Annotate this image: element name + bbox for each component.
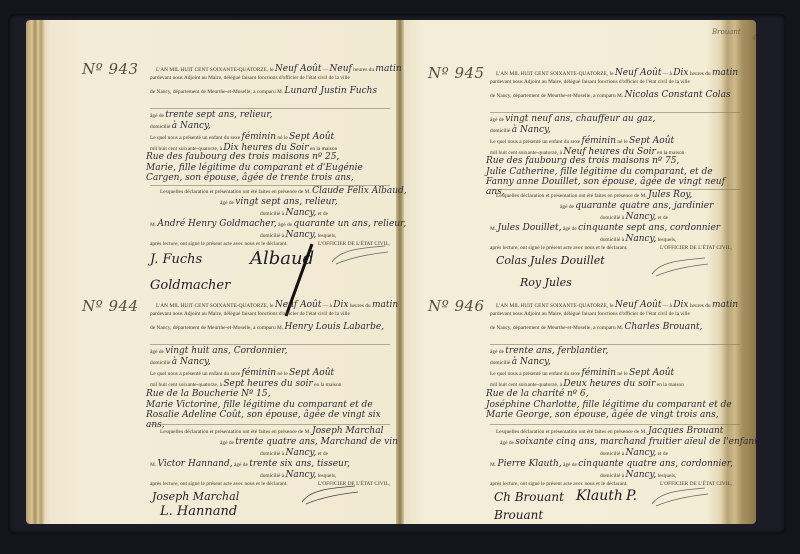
- printed-line: domicilié: [490, 360, 510, 366]
- printed-line: M.: [490, 226, 496, 232]
- signature: Roy Jules: [520, 276, 572, 289]
- printed-line: domicilié: [490, 128, 510, 134]
- declarant-domicile: à Nancy,: [512, 125, 551, 135]
- witness-2: Pierre Klauth,: [498, 459, 562, 469]
- printed-line: âgé de: [560, 204, 574, 210]
- ruled-line: [150, 108, 390, 109]
- printed-line: après lecture, ont signé le présent acte…: [150, 241, 288, 247]
- printed-line: Le quel nous a présenté un enfant du sex…: [490, 371, 580, 377]
- printed-line: domicilié à: [600, 237, 624, 243]
- entry-number: Nº 943: [82, 60, 139, 78]
- declarant-age: trente ans, ferblantier,: [505, 346, 608, 356]
- printed-line: lesquels,: [318, 473, 337, 479]
- witness-2-age: cinquante quatre ans, cordonnier,: [578, 459, 733, 469]
- witness-2-age: cinquante sept ans, cordonnier: [578, 223, 720, 233]
- printed-line: âgé de: [220, 440, 234, 446]
- declarant-age: vingt neuf ans, chauffeur au gaz,: [505, 114, 655, 124]
- address: Rue de la charité nº 6,: [486, 389, 588, 400]
- child-details: Marie Victorine, fille légitime du compa…: [146, 400, 386, 422]
- printed-line: âgé de: [500, 440, 514, 446]
- witness-2: André Henry Goldmacher,: [158, 219, 277, 229]
- printed-line: de Nancy, département de Meurthe-et-Mose…: [490, 93, 623, 99]
- printed-line: domicilié à: [260, 473, 284, 479]
- printed-line: après lecture, ont signé le présent acte…: [490, 245, 628, 251]
- printed-line: M.: [150, 462, 156, 468]
- printed-line: de Nancy, département de Meurthe-et-Mose…: [490, 325, 623, 331]
- printed-line: lesquels,: [658, 473, 677, 479]
- witness-1-age: trente quatre ans, Marchand de vin: [235, 437, 398, 447]
- sex: féminin: [581, 368, 616, 378]
- date-value: Neuf Août: [615, 68, 662, 78]
- birth-hour: Sept heures du soir: [223, 379, 312, 389]
- printed-line: heures du: [690, 303, 711, 309]
- printed-line: âgé de: [490, 117, 504, 123]
- printed-line: en la maison: [314, 382, 341, 388]
- printed-line: âgé de: [563, 462, 577, 468]
- printed-line: Lesquelles déclaration et présentation o…: [160, 189, 311, 195]
- hour-value: Dix: [333, 300, 348, 310]
- date-value: Neuf Août: [275, 64, 322, 74]
- officer-signature-icon: [650, 486, 710, 508]
- printed-line: domicilié à: [600, 473, 624, 479]
- witness-2: Victor Hannand,: [158, 459, 233, 469]
- sex: féminin: [241, 368, 276, 378]
- birth-hour: Deux heures du soir: [563, 379, 655, 389]
- witness-2-domicile: Nancy,: [625, 470, 656, 480]
- sex: féminin: [581, 136, 616, 146]
- witness-2: Jules Douillet,: [498, 223, 562, 233]
- book-gutter: [396, 20, 404, 524]
- signature: Ch Brouant: [494, 490, 564, 504]
- declarant-age: trente sept ans, relieur,: [165, 110, 272, 120]
- hour-value: Neuf: [330, 64, 352, 74]
- printed-line: heures du: [690, 71, 711, 77]
- birth-date: Sept Août: [629, 368, 674, 378]
- sex: féminin: [241, 132, 276, 142]
- witness-2-domicile: Nancy,: [625, 234, 656, 244]
- time-of-day: matin: [372, 300, 398, 310]
- printed-line: L'AN MIL HUIT CENT SOIXANTE-QUATORZE, le: [156, 67, 274, 73]
- witness-1-age: quarante quatre ans, jardinier: [575, 201, 713, 211]
- printed-line: mil huit cent soixante-quatorze, à: [150, 382, 222, 388]
- witness-2-age: trente six ans, tisseur,: [249, 459, 350, 469]
- printed-line: né le: [277, 371, 287, 377]
- printed-line: né le: [617, 139, 627, 145]
- entry-number: Nº 946: [428, 297, 485, 315]
- address: Rue des faubourg des trois maisons nº 75…: [486, 156, 679, 167]
- printed-line: Le quel nous a présenté un enfant du sex…: [490, 139, 580, 145]
- witness-1-age: vingt sept ans, relieur,: [235, 197, 337, 207]
- signature: Brouant: [494, 508, 543, 522]
- ruled-line: [490, 189, 740, 190]
- printed-line: Lesquelles déclaration et présentation o…: [160, 429, 311, 435]
- declarant-domicile: à Nancy,: [172, 121, 211, 131]
- date-value: Neuf Août: [615, 300, 662, 310]
- child-details: Marie, fille légitime du comparant et d'…: [146, 163, 386, 185]
- witness-1: Jules Roy,: [648, 190, 692, 200]
- printed-line: après lecture, ont signé le présent acte…: [490, 481, 628, 487]
- signature: L. Hannand: [160, 504, 237, 519]
- hour-value: Dix: [673, 300, 688, 310]
- printed-line: lesquels,: [658, 237, 677, 243]
- ruled-line: [150, 185, 390, 186]
- printed-line: M.: [490, 462, 496, 468]
- declarant-name: Henry Louis Labarbe,: [285, 322, 385, 332]
- signature: Colas: [496, 254, 527, 267]
- witness-1-domicile: Nancy,: [285, 448, 316, 458]
- declarant-name: Nicolas Constant Colas: [625, 90, 731, 100]
- ruled-line: [490, 424, 740, 425]
- officer-signature-icon: [650, 256, 710, 278]
- printed-line: âgé de: [234, 462, 248, 468]
- printed-line: Le quel nous a présenté un enfant du sex…: [150, 135, 240, 141]
- officer-signature-icon: [300, 484, 360, 506]
- printed-line: domicilié à: [600, 451, 624, 457]
- printed-line: L'AN MIL HUIT CENT SOIXANTE-QUATORZE, le: [156, 303, 274, 309]
- signature: Joseph Marchal: [152, 490, 239, 503]
- officer-label: L'OFFICIER DE L'ÉTAT CIVIL,: [660, 245, 732, 256]
- address: Rue des faubourg des trois maisons nº 25…: [146, 152, 339, 163]
- printed-line: en la maison: [657, 382, 684, 388]
- signature: Jules Douillet: [530, 254, 605, 267]
- entry-number: Nº 944: [82, 297, 139, 315]
- time-of-day: matin: [712, 68, 738, 78]
- printed-line: domicilié à: [600, 215, 624, 221]
- printed-line: âgé de: [150, 113, 164, 119]
- printed-line: et de: [658, 451, 668, 457]
- printed-line: domicilié: [150, 124, 170, 130]
- witness-1-age: soixante cinq ans, marchand fruitier aïe…: [515, 437, 760, 447]
- printed-line: pardevant nous Adjoint au Maire, délégué…: [490, 79, 690, 90]
- corner-annotation: Brouant: [712, 28, 741, 36]
- declarant-domicile: à Nancy,: [172, 357, 211, 367]
- signature: Klauth: [576, 488, 623, 504]
- address: Rue de la Boucherie Nº 15,: [146, 389, 270, 400]
- child-details: Julie Catherine, fille légitime du compa…: [486, 167, 736, 189]
- birth-date: Sept Août: [629, 136, 674, 146]
- time-of-day: matin: [712, 300, 738, 310]
- declarant-domicile: à Nancy,: [512, 357, 551, 367]
- printed-line: L'AN MIL HUIT CENT SOIXANTE-QUATORZE, le: [496, 303, 614, 309]
- date-value: Neuf Août: [275, 300, 322, 310]
- signature: Goldmacher: [150, 278, 230, 293]
- witness-1: Jacques Brouant: [648, 426, 723, 436]
- printed-line: Lesquelles déclaration et présentation o…: [496, 193, 647, 199]
- printed-line: domicilié à: [260, 211, 284, 217]
- ruled-line: [150, 424, 390, 425]
- entry-number: Nº 945: [428, 64, 485, 82]
- printed-line: né le: [617, 371, 627, 377]
- witness-1: Joseph Marchal: [312, 426, 383, 436]
- printed-line: pardevant nous Adjoint au Maire, délégué…: [490, 311, 690, 322]
- printed-line: âgé de: [278, 222, 292, 228]
- printed-line: né le: [277, 135, 287, 141]
- child-details: Joséphine Charlotte, fille légitime du c…: [486, 400, 736, 422]
- witness-2-domicile: Nancy,: [285, 230, 316, 240]
- printed-line: heures du: [350, 303, 371, 309]
- printed-line: lesquels,: [318, 233, 337, 239]
- printed-line: de Nancy, département de Meurthe-et-Mose…: [150, 325, 283, 331]
- printed-line: Le quel nous a présenté un enfant du sex…: [150, 371, 240, 377]
- printed-line: âgé de: [220, 200, 234, 206]
- printed-line: pardevant nous Adjoint au Maire, délégué…: [150, 311, 350, 322]
- page-mark: 4: [752, 34, 756, 42]
- signature: J. Fuchs: [150, 252, 202, 267]
- printed-line: mil huit cent soixante-quatorze, à: [490, 382, 562, 388]
- printed-line: domicilié: [150, 360, 170, 366]
- printed-line: Lesquelles déclaration et présentation o…: [496, 429, 647, 435]
- witness-1-domicile: Nancy,: [625, 448, 656, 458]
- printed-line: après lecture, ont signé le présent acte…: [150, 481, 288, 487]
- ruled-line: [490, 344, 740, 345]
- declarant-age: vingt huit ans, Cordonnier,: [165, 346, 287, 356]
- witness-2-domicile: Nancy,: [285, 470, 316, 480]
- printed-line: M.: [150, 222, 156, 228]
- printed-line: et de: [318, 451, 328, 457]
- printed-line: et de: [318, 211, 328, 217]
- printed-line: pardevant nous Adjoint au Maire, délégué…: [150, 75, 350, 86]
- printed-line: domicilié à: [260, 451, 284, 457]
- printed-line: heures du: [353, 67, 374, 73]
- printed-line: L'AN MIL HUIT CENT SOIXANTE-QUATORZE, le: [496, 71, 614, 77]
- birth-date: Sept Août: [289, 132, 334, 142]
- ruled-line: [490, 112, 740, 113]
- hour-value: Dix: [673, 68, 688, 78]
- witness-1-domicile: Nancy,: [625, 212, 656, 222]
- officer-signature-icon: [330, 244, 390, 266]
- birth-date: Sept Août: [289, 368, 334, 378]
- printed-line: domicilié à: [260, 233, 284, 239]
- witness-2-age: quarante un ans, relieur,: [293, 219, 406, 229]
- printed-line: de Nancy, département de Meurthe-et-Mose…: [150, 89, 283, 95]
- declarant-name: Charles Brouant,: [625, 322, 703, 332]
- printed-line: et de: [658, 215, 668, 221]
- witness-1: Claude Félix Albaud,: [312, 186, 407, 196]
- printed-line: âgé de: [150, 349, 164, 355]
- time-of-day: matin: [375, 64, 401, 74]
- printed-line: âgé de: [563, 226, 577, 232]
- printed-line: âgé de: [490, 349, 504, 355]
- declarant-name: Lunard Justin Fuchs: [285, 86, 378, 96]
- ruled-line: [150, 344, 390, 345]
- witness-1-domicile: Nancy,: [285, 208, 316, 218]
- signature: P.: [626, 488, 637, 504]
